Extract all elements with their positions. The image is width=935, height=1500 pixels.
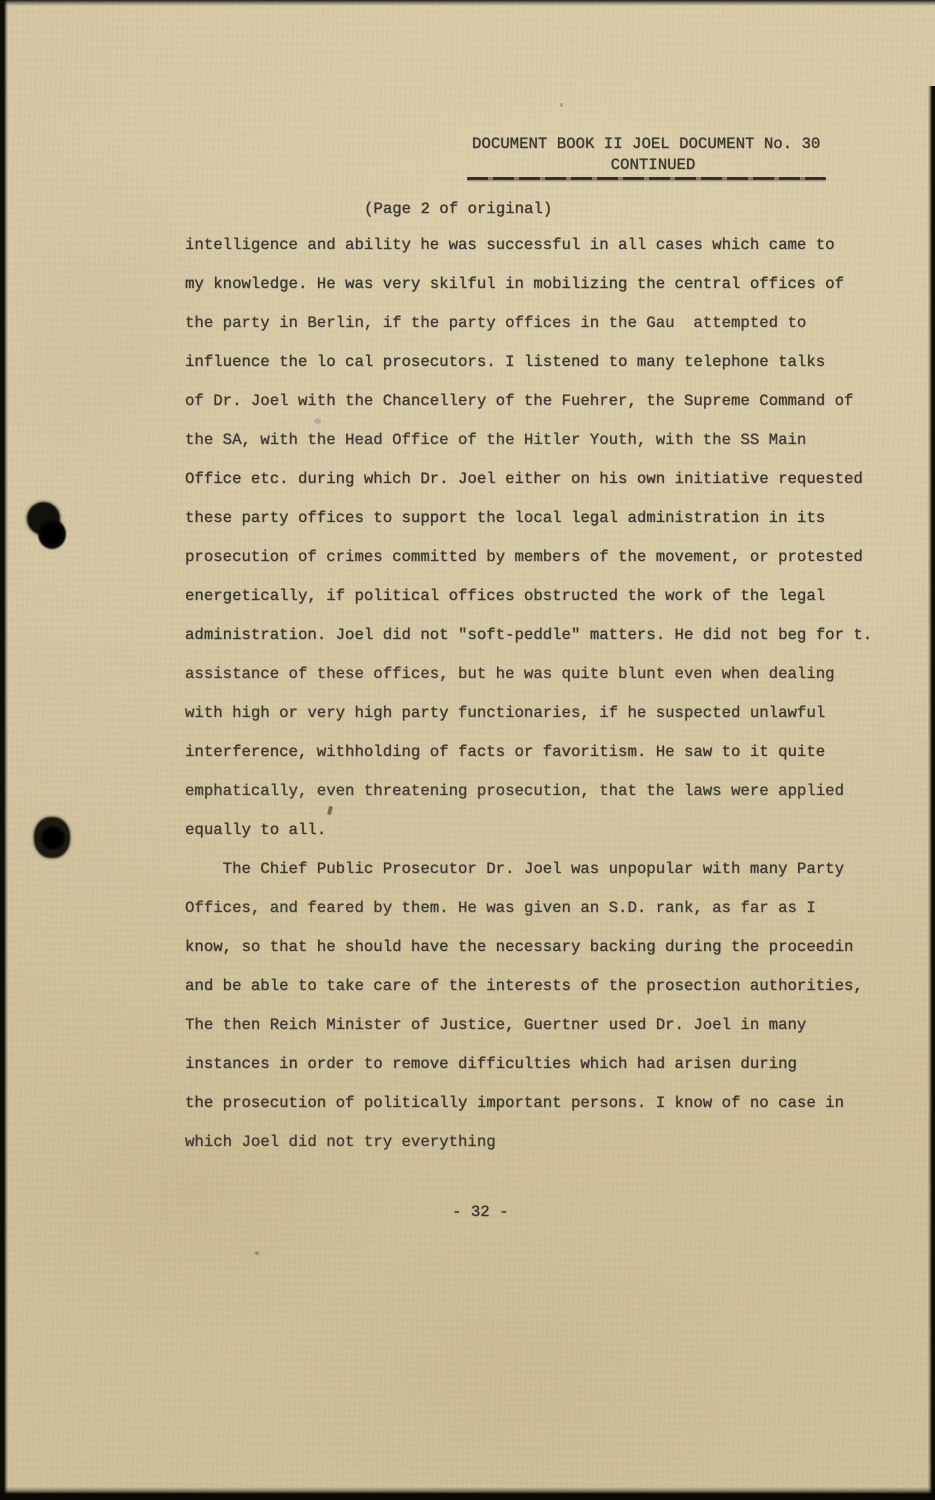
text-line: prosecution of crimes committed by membe… — [185, 538, 935, 577]
text-line: influence the lo cal prosecutors. I list… — [185, 343, 935, 382]
header-continued-label: CONTINUED — [472, 155, 834, 176]
paper-speck — [560, 103, 563, 107]
text-line: these party offices to support the local… — [185, 499, 935, 538]
text-line: administration. Joel did not "soft-peddl… — [185, 616, 935, 655]
scan-edge-top — [0, 0, 935, 6]
scan-edge-bottom — [0, 1487, 935, 1500]
text-line: know, so that he should have the necessa… — [185, 928, 935, 967]
text-line: The Chief Public Prosecutor Dr. Joel was… — [185, 850, 935, 889]
text-line: which Joel did not try everything — [185, 1123, 935, 1162]
text-line: intelligence and ability he was successf… — [185, 226, 935, 265]
text-line: instances in order to remove difficultie… — [185, 1045, 935, 1084]
text-line: Office etc. during which Dr. Joel either… — [185, 460, 935, 499]
document-body: intelligence and ability he was successf… — [185, 226, 935, 1162]
text-line: and be able to take care of the interest… — [185, 967, 935, 1006]
page-number: - 32 - — [452, 1202, 508, 1222]
scan-edge-left — [0, 0, 8, 1500]
text-line: the SA, with the Head Office of the Hitl… — [185, 421, 935, 460]
text-line: Offices, and feared by them. He was give… — [185, 889, 935, 928]
text-line: assistance of these offices, but he was … — [185, 655, 935, 694]
hole-punch-top — [25, 500, 71, 554]
text-line: The then Reich Minister of Justice, Guer… — [185, 1006, 935, 1045]
paper-speck — [255, 1251, 259, 1255]
page-subtitle: (Page 2 of original) — [364, 199, 552, 219]
document-header: DOCUMENT BOOK II JOEL DOCUMENT No. 30 CO… — [472, 134, 834, 180]
text-line: with high or very high party functionari… — [185, 694, 935, 733]
text-line: equally to all. — [185, 811, 935, 850]
text-line: of Dr. Joel with the Chancellery of the … — [185, 382, 935, 421]
header-underline — [467, 177, 826, 180]
text-line: my knowledge. He was very skilful in mob… — [185, 265, 935, 304]
text-line: interference, withholding of facts or fa… — [185, 733, 935, 772]
header-title: DOCUMENT BOOK II JOEL DOCUMENT No. 30 — [472, 134, 834, 155]
document-page: DOCUMENT BOOK II JOEL DOCUMENT No. 30 CO… — [0, 0, 935, 1500]
text-line: emphatically, even threatening prosecuti… — [185, 772, 935, 811]
text-line: energetically, if political offices obst… — [185, 577, 935, 616]
text-line: the party in Berlin, if the party office… — [185, 304, 935, 343]
hole-punch-bottom — [30, 814, 76, 866]
text-line: the prosecution of politically important… — [185, 1084, 935, 1123]
